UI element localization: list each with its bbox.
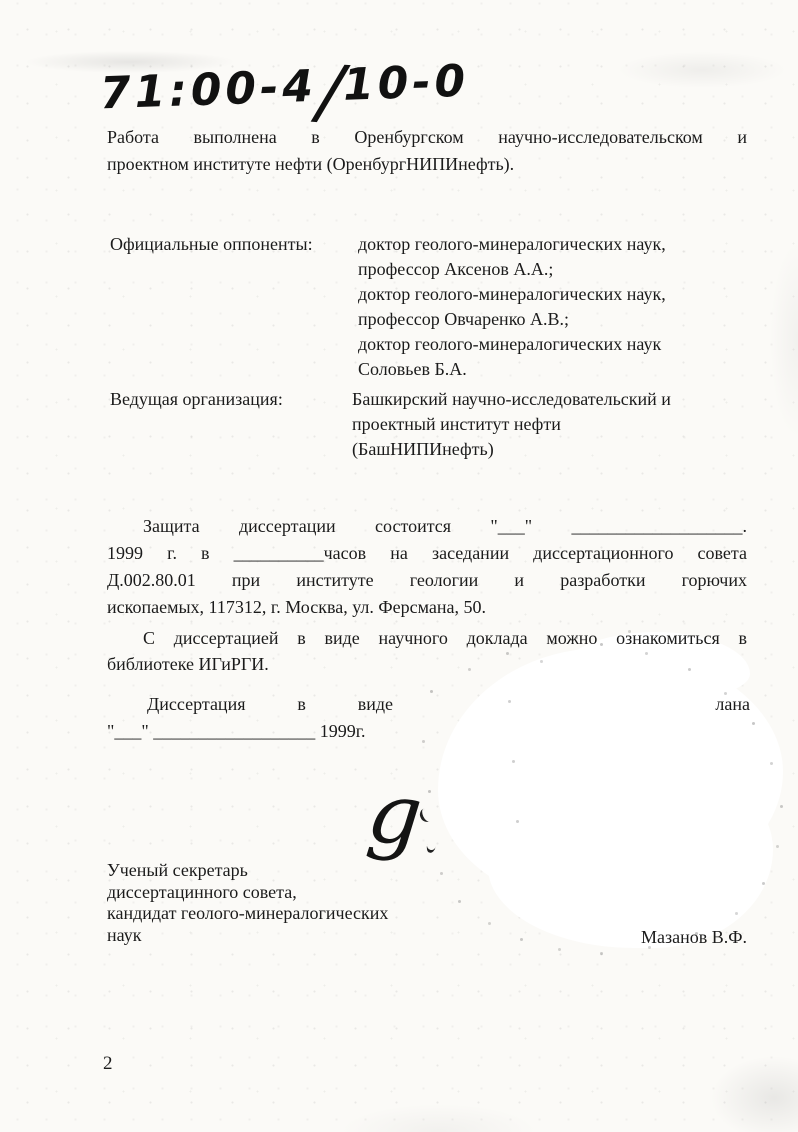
leading-org-line: Башкирский научно-исследовательский и — [352, 387, 750, 412]
leading-organization-value: Башкирский научно-исследовательский и пр… — [352, 387, 750, 462]
secretary-line: диссертацинного совета, — [107, 882, 467, 904]
opponent-line: доктор геолого-минералогических наук, — [358, 232, 750, 257]
white-stain-blob — [488, 756, 773, 948]
secretary-line: наук — [107, 925, 467, 947]
sent-word: Диссертация — [147, 691, 245, 718]
sent-line-1-left: Диссертация в виде — [147, 691, 393, 718]
handwritten-shelf-mark: 71:00-4/10-0 — [99, 52, 581, 126]
opponent-line: профессор Овчаренко А.В.; — [358, 307, 750, 332]
secretary-line: Ученый секретарь — [107, 860, 467, 882]
defense-line-3: Д.002.80.01 при институте геологии и раз… — [107, 567, 747, 594]
library-paragraph: С диссертацией в виде научного доклада м… — [107, 625, 747, 677]
secretary-line: кандидат геолого-минералогических — [107, 903, 467, 925]
sent-word-fragment: лана — [715, 691, 750, 718]
sent-word: виде — [358, 691, 393, 718]
sent-line-1: Диссертация в виде лана — [107, 691, 750, 718]
secretary-signature-block: Ученый секретарь диссертацинного совета,… — [107, 860, 467, 946]
scanned-document-page: 71:00-4/10-0 Работа выполнена в Оренбург… — [0, 0, 798, 1132]
opponent-line: доктор геолого-минералогических наук, — [358, 282, 750, 307]
leading-organization-label: Ведущая организация: — [110, 387, 360, 412]
dissertation-sent-paragraph: Диссертация в виде лана "___" __________… — [107, 691, 750, 745]
secretary-name: Мазанов В.Ф. — [560, 924, 747, 951]
opponent-line: доктор геолого-минералогических наук — [358, 332, 750, 357]
performed-at-paragraph: Работа выполнена в Оренбургском научно-и… — [107, 124, 747, 178]
shelf-mark-part1: 71:00-4 — [99, 61, 318, 120]
opponent-line: Соловьев Б.А. — [358, 357, 750, 382]
opponents-label: Официальные оппоненты: — [110, 232, 360, 257]
stain-edge-speckles — [0, 0, 3, 3]
defense-line-4: ископаемых, 117312, г. Москва, ул. Ферсм… — [107, 594, 747, 621]
shelf-mark-part2: 10-0 — [342, 56, 470, 111]
opponent-line: профессор Аксенов А.А.; — [358, 257, 750, 282]
ink-smudge-mark — [425, 837, 438, 854]
library-line-1: С диссертацией в виде научного доклада м… — [107, 625, 747, 651]
sent-line-2: "___" __________________ 1999г. — [107, 718, 750, 745]
defense-line-1: Защита диссертации состоится "___" _____… — [107, 513, 747, 540]
leading-org-line: (БашНИПИнефть) — [352, 437, 750, 462]
handwritten-letter-mark: g — [364, 769, 426, 858]
defense-date-paragraph: Защита диссертации состоится "___" _____… — [107, 513, 747, 621]
opponents-list: доктор геолого-минералогических наук, пр… — [358, 232, 750, 382]
library-line-2: библиотеке ИГиРГИ. — [107, 651, 747, 677]
intro-line-1: Работа выполнена в Оренбургском научно-и… — [107, 124, 747, 151]
leading-org-line: проектный институт нефти — [352, 412, 750, 437]
shelf-mark-slash: / — [316, 65, 344, 119]
sent-word: в — [297, 691, 306, 718]
defense-line-2: 1999 г. в __________часов на заседании д… — [107, 540, 747, 567]
page-number: 2 — [103, 1050, 113, 1077]
intro-line-2: проектном институте нефти (ОренбургНИПИн… — [107, 151, 747, 178]
